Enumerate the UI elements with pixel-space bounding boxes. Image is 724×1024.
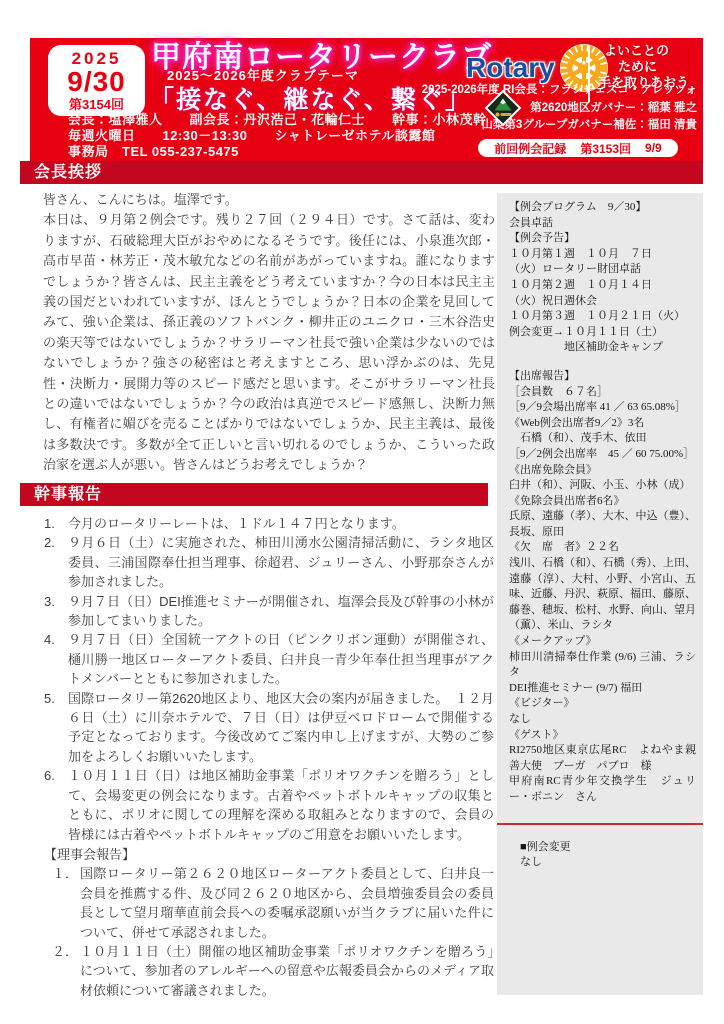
board-item-text: 国際ロータリー第２６２０地区ローターアクト委員として、臼井良一会員を推薦する件、… [80, 864, 494, 942]
sidebar-line: 《免除会員出席者6名》 [509, 494, 696, 510]
board-item-number: １． [44, 864, 80, 942]
rotary-wordmark: Rotary [466, 52, 555, 84]
sidebar-line: １０月第１週 １０月 ７日 [509, 247, 696, 263]
preview-title: 【例会予告】 [509, 231, 696, 247]
program-lines: 会員卓話 [509, 216, 696, 232]
sidebar-line: 石橋（和）、茂手木、依田 [509, 431, 696, 447]
assistant-governor-line: 山梨第3グループガバナー補佐：福田 清貴 [422, 117, 697, 135]
report-item-text: １０月１１日（日）は地区補助金事業「ポリオワクチンを贈ろう」として、会場変更の例… [68, 766, 494, 844]
board-report-item: １． 国際ロータリー第２６２０地区ローターアクト委員として、臼井良一会員を推薦す… [44, 864, 494, 942]
sidebar-line: ［会員数 ６７名］ [509, 385, 696, 401]
report-item-number: 2. [44, 533, 68, 591]
report-item-number: 3. [44, 592, 68, 631]
sidebar-line: 《出席免除会員》 [509, 463, 696, 479]
program-section: 【例会プログラム 9／30】 会員卓話 [509, 200, 696, 231]
sidebar-line: １０月第２週 １０月１４日 [509, 278, 696, 294]
secretary-report-body: 1. 今月のロータリーレートは、１ドル１４７円となります。 2. ９月６日（土）… [44, 514, 494, 1000]
meeting-change-lines: なし [520, 855, 696, 871]
sidebar-line: DEI推進セミナー (9/7) 福田 [509, 681, 696, 697]
sidebar-line: 例会変更→１０月１１日（土） [509, 325, 696, 341]
report-item-number: 5. [44, 689, 68, 767]
report-item-number: 4. [44, 630, 68, 688]
sidebar-line: （火）ロータリー財団卓話 [509, 262, 696, 278]
sidebar-line: なし [520, 855, 696, 871]
prev-record-label: 前回例会記録 [494, 140, 566, 157]
sidebar-line: 柿田川清掃奉仕作業 (9/6) 三浦、ラシタ [509, 650, 696, 681]
preview-section: 【例会予告】 １０月第１週 １０月 ７日（火）ロータリー財団卓話１０月第２週 １… [509, 231, 696, 356]
report-item-text: ９月７日（日）全国統一アクトの日（ピンクリボン運動）が開催され、樋川勝一地区ロー… [68, 630, 494, 688]
board-item-number: ２． [44, 942, 80, 1000]
meeting-change-section: ■例会変更 なし [509, 840, 696, 871]
sidebar-line: ［9／2例会出席率 45 ／ 60 75.00%］ [509, 447, 696, 463]
sidebar-line: 《Web例会出席者9／2》3名 [509, 416, 696, 432]
report-item: 1. 今月のロータリーレートは、１ドル１４７円となります。 [44, 514, 494, 533]
sidebar-line: 《メークアップ》 [509, 634, 696, 650]
sidebar-line: 氏原、遠藤（孝）、大木、中込（豊）、長坂、原田 [509, 509, 696, 540]
board-item-text: １０月１１日（土）開催の地区補助金事業「ポリオワクチンを贈ろう」について、参加者… [80, 942, 494, 1000]
ri-president-line: 2025-2026年度 RI会長：フランチェスコ・アレッツォ [422, 82, 697, 100]
sidebar-line: 《欠 席 者》２２名 [509, 540, 696, 556]
board-report-list: １． 国際ロータリー第２６２０地区ローターアクト委員として、臼井良一会員を推薦す… [44, 864, 494, 1000]
sidebar-line: 臼井（和）、河阪、小玉、小林（成） [509, 478, 696, 494]
meeting-info-sidebar: 【例会プログラム 9／30】 会員卓話 【例会予告】 １０月第１週 １０月 ７日… [497, 193, 703, 995]
sidebar-line: （火）祝日週休会 [509, 294, 696, 310]
issue-date: 9/30 [48, 68, 145, 96]
sidebar-line: RI2750地区東京広尾RC よねやま親善大使 ブーガ パブロ 様 [509, 743, 696, 774]
sidebar-line: 地区補助金キャンプ [509, 340, 696, 356]
president-greeting-header: 会長挨拶 [20, 161, 703, 184]
greeting-paragraph: 本日は、９月第２例会です。残り２７回（２９４日）です。さて話は、変わりますが、石… [43, 210, 495, 475]
report-item: 2. ９月６日（土）に実施された、柿田川湧水公園清掃活動に、ラシタ地区委員、三浦… [44, 533, 494, 591]
district-badge-icon [483, 88, 523, 128]
report-item: 3. ９月７日（日）DEI推進セミナーが開催され、塩澤会長及び幹事の小林が参加し… [44, 592, 494, 631]
attendance-title: 【出席報告】 [509, 369, 696, 385]
sidebar-line: 甲府南RC青少年交換学生 ジュリー・ボニン さん [509, 774, 696, 805]
previous-meeting-record-pill: 前回例会記録 第3153回 9/9 [478, 139, 678, 157]
program-title: 【例会プログラム 9／30】 [509, 200, 696, 216]
report-item-text: ９月６日（土）に実施された、柿田川湧水公園清掃活動に、ラシタ地区委員、三浦国際奉… [68, 533, 494, 591]
president-greeting-body: 皆さん、こんにちは。塩澤です。 本日は、９月第２例会です。残り２７回（２９４日）… [43, 190, 495, 476]
district-officers-block: 2025-2026年度 RI会長：フランチェスコ・アレッツォ 第2620地区ガバ… [422, 82, 697, 135]
attendance-lines: ［会員数 ６７名］［9／9会場出席率 41 ／ 63 65.08%］《Web例会… [509, 385, 696, 806]
sidebar-line: 《ビジター》 [509, 696, 696, 712]
sidebar-line: 《ゲスト》 [509, 728, 696, 744]
secretary-report-list: 1. 今月のロータリーレートは、１ドル１４７円となります。 2. ９月６日（土）… [44, 514, 494, 844]
report-item: 4. ９月７日（日）全国統一アクトの日（ピンクリボン運動）が開催され、樋川勝一地… [44, 630, 494, 688]
bulletin-header: 2025 9/30 第3154回 甲府南ロータリークラブ 2025～2026年度… [30, 38, 703, 161]
office-contact-line: 事務局 TEL 055-237-5475 [68, 141, 239, 160]
sidebar-line: 浅川、石橋（和）、石橋（秀）、上田、遠藤（淳）、大村、小野、小宮山、五味、近藤、… [509, 556, 696, 634]
slogan-line: よいことの [598, 43, 689, 59]
sidebar-spacer [509, 356, 696, 369]
greeting-paragraph: 皆さん、こんにちは。塩澤です。 [43, 190, 495, 210]
board-report-item: ２． １０月１１日（土）開催の地区補助金事業「ポリオワクチンを贈ろう」について、… [44, 942, 494, 1000]
district-governor-line: 第2620地区ガバナー：稲葉 雅之 [422, 100, 697, 118]
attendance-section: 【出席報告】 ［会員数 ６７名］［9／9会場出席率 41 ／ 63 65.08%… [509, 369, 696, 806]
prev-record-date: 9/9 [645, 141, 662, 155]
sidebar-line: 会員卓話 [509, 216, 696, 232]
prev-record-number: 第3153回 [580, 140, 631, 157]
meeting-change-title: ■例会変更 [520, 840, 696, 856]
sidebar-line: ［9／9会場出席率 41 ／ 63 65.08%］ [509, 400, 696, 416]
slogan-line: ために [598, 59, 689, 75]
report-item-text: 今月のロータリーレートは、１ドル１４７円となります。 [68, 514, 494, 533]
sidebar-red-divider [497, 823, 703, 825]
report-item-number: 6. [44, 766, 68, 844]
report-item: 5. 国際ロータリー第2620地区より、地区大会の案内が届きました。 １２月６日… [44, 689, 494, 767]
issue-date-box: 2025 9/30 第3154回 [48, 45, 145, 116]
board-report-title: 【理事会報告】 [44, 845, 494, 864]
sidebar-line: １０月第３週 １０月２１日（火） [509, 309, 696, 325]
sidebar-line: なし [509, 712, 696, 728]
report-item-text: 国際ロータリー第2620地区より、地区大会の案内が届きました。 １２月６日（土）… [68, 689, 494, 767]
report-item: 6. １０月１１日（日）は地区補助金事業「ポリオワクチンを贈ろう」として、会場変… [44, 766, 494, 844]
report-item-number: 1. [44, 514, 68, 533]
preview-lines: １０月第１週 １０月 ７日（火）ロータリー財団卓話１０月第２週 １０月１４日（火… [509, 247, 696, 356]
report-item-text: ９月７日（日）DEI推進セミナーが開催され、塩澤会長及び幹事の小林が参加してまい… [68, 592, 494, 631]
secretary-report-header: 幹事報告 [20, 483, 488, 506]
